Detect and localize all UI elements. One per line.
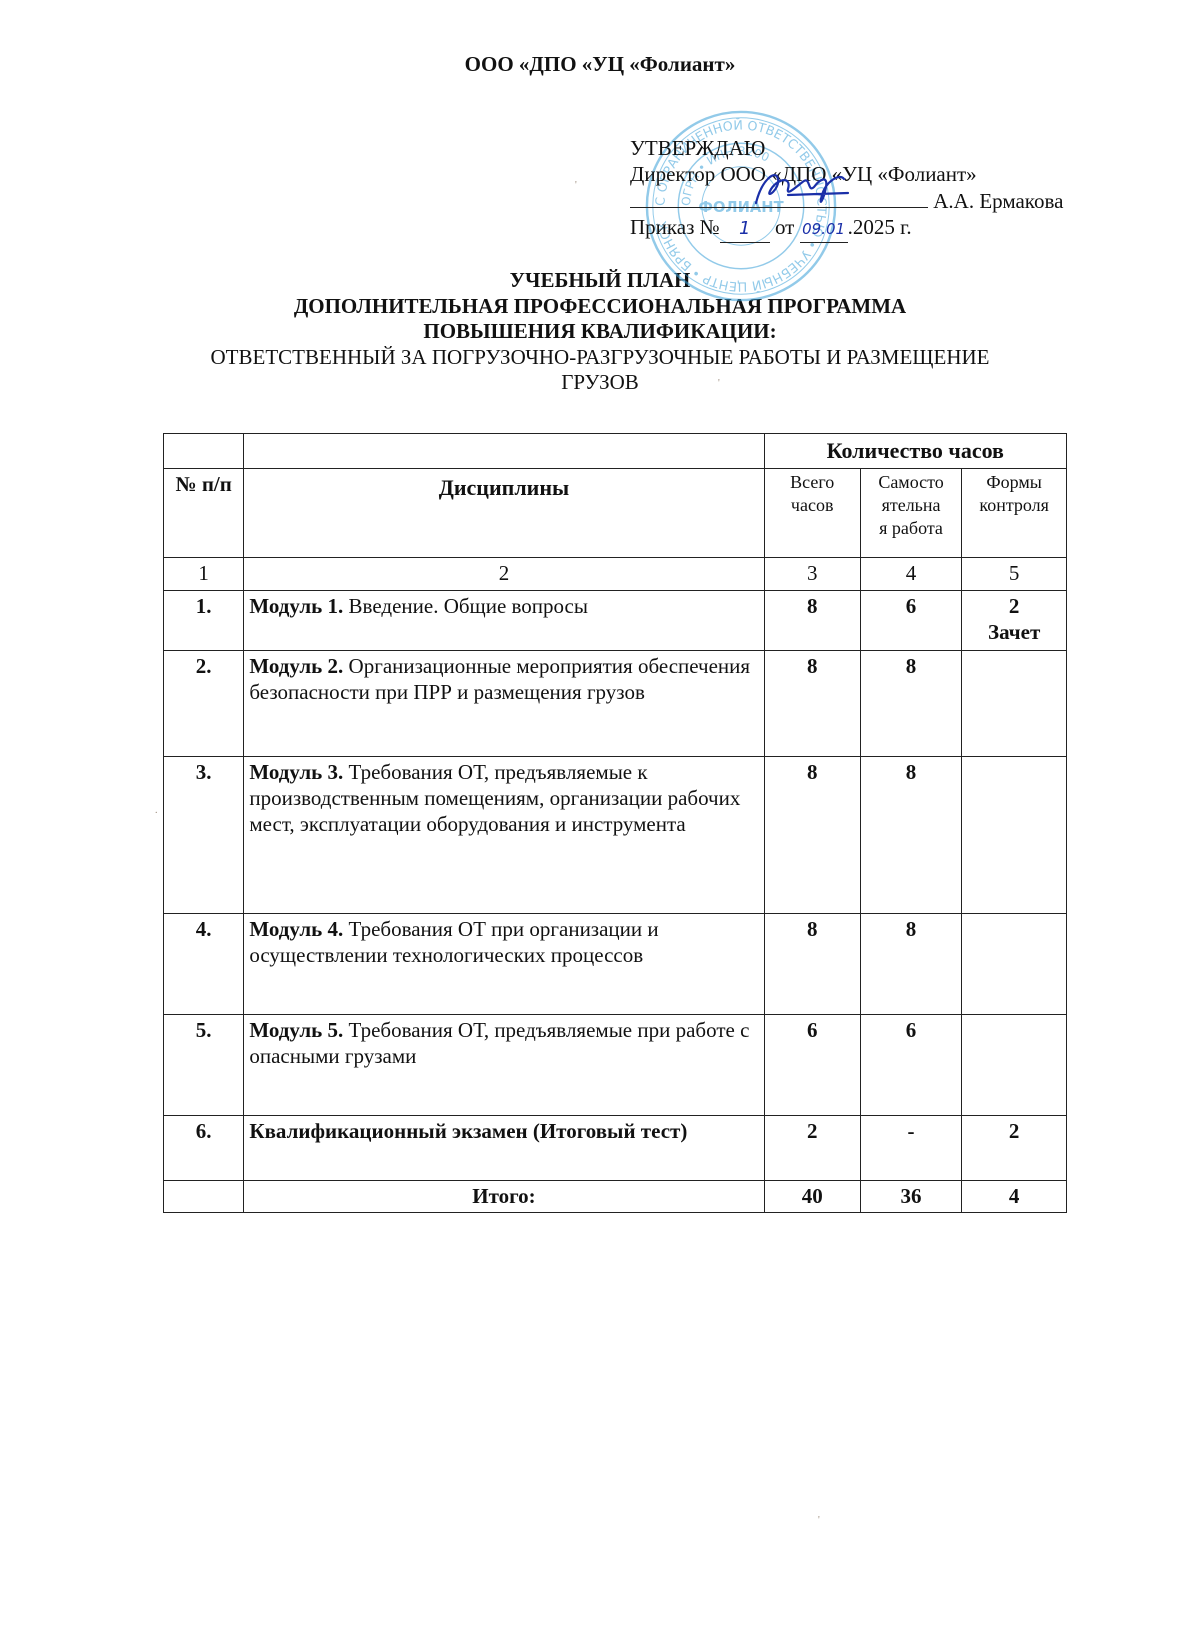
curriculum-table: Количество часов № п/п Дисциплины Всего …: [163, 433, 1067, 1213]
title-line-5: ГРУЗОВ: [0, 370, 1200, 396]
title-line-1: УЧЕБНЫЙ ПЛАН: [0, 268, 1200, 294]
hours-group-header: Количество часов: [764, 434, 1066, 469]
total-row: Итого: 40 36 4: [164, 1181, 1067, 1213]
total-self-study-value: 36: [860, 1181, 962, 1213]
from-label: от: [775, 215, 794, 239]
order-number: 1: [720, 216, 770, 243]
header-disciplines: Дисциплины: [244, 469, 764, 558]
header-number: № п/п: [164, 469, 244, 558]
signatory-name: А.А. Ермакова: [933, 189, 1063, 213]
scan-speck: ': [818, 1515, 820, 1526]
table-row: 2. Модуль 2. Организационные мероприятия…: [164, 651, 1067, 757]
module-label: Модуль 5.: [249, 1018, 343, 1042]
module-label: Модуль 1.: [249, 594, 343, 618]
table-row: 6. Квалификационный экзамен (Итоговый те…: [164, 1116, 1067, 1181]
table-header-row-2: № п/п Дисциплины Всего часов Самосто яте…: [164, 469, 1067, 558]
total-hours-value: 40: [764, 1181, 860, 1213]
order-date: 09.01: [800, 216, 848, 243]
document-title: УЧЕБНЫЙ ПЛАН ДОПОЛНИТЕЛЬНАЯ ПРОФЕССИОНАЛ…: [0, 268, 1200, 396]
order-label: Приказ №: [630, 215, 720, 239]
module-label: Модуль 4.: [249, 917, 343, 941]
approved-label: УТВЕРЖДАЮ: [630, 135, 1090, 161]
order-year: .2025 г.: [848, 215, 912, 239]
header-self-study: Самосто ятельна я работа: [860, 469, 962, 558]
approval-block: УТВЕРЖДАЮ Директор ООО «ДПО «УЦ «Фолиант…: [630, 135, 1090, 243]
header-total-hours: Всего часов: [764, 469, 860, 558]
table-row: 1. Модуль 1. Введение. Общие вопросы 8 6…: [164, 591, 1067, 651]
signature-field: [630, 187, 928, 208]
order-line: Приказ №1 от 09.01.2025 г.: [630, 214, 1090, 243]
table-header-row-1: Количество часов: [164, 434, 1067, 469]
control-note: Зачет: [967, 619, 1061, 645]
table-row: 3. Модуль 3. Требования ОТ, предъявляемы…: [164, 757, 1067, 914]
table-row: 5. Модуль 5. Требования ОТ, предъявляемы…: [164, 1015, 1067, 1116]
table-row: 4. Модуль 4. Требования ОТ при организац…: [164, 914, 1067, 1015]
organization-heading: ООО «ДПО «УЦ «Фолиант»: [0, 52, 1200, 77]
column-number-row: 1 2 3 4 5: [164, 558, 1067, 591]
module-label: Модуль 2.: [249, 654, 343, 678]
exam-label: Квалификационный экзамен (Итоговый тест): [244, 1116, 764, 1181]
total-control-value: 4: [962, 1181, 1067, 1213]
signature-line: А.А. Ермакова: [630, 187, 1090, 214]
director-position: Директор ООО «ДПО «УЦ «Фолиант»: [630, 161, 1090, 187]
title-line-2: ДОПОЛНИТЕЛЬНАЯ ПРОФЕССИОНАЛЬНАЯ ПРОГРАММ…: [0, 294, 1200, 320]
scan-speck: ': [718, 378, 720, 389]
header-control-forms: Формы контроля: [962, 469, 1067, 558]
scan-speck: ': [575, 180, 577, 191]
handwritten-signature-icon: [748, 165, 858, 213]
title-line-3: ПОВЫШЕНИЯ КВАЛИФИКАЦИИ:: [0, 319, 1200, 345]
module-text: Введение. Общие вопросы: [343, 594, 588, 618]
title-line-4: ОТВЕТСТВЕННЫЙ ЗА ПОГРУЗОЧНО-РАЗГРУЗОЧНЫЕ…: [0, 345, 1200, 371]
module-label: Модуль 3.: [249, 760, 343, 784]
scan-speck: .: [155, 805, 158, 816]
total-label: Итого:: [244, 1181, 764, 1213]
